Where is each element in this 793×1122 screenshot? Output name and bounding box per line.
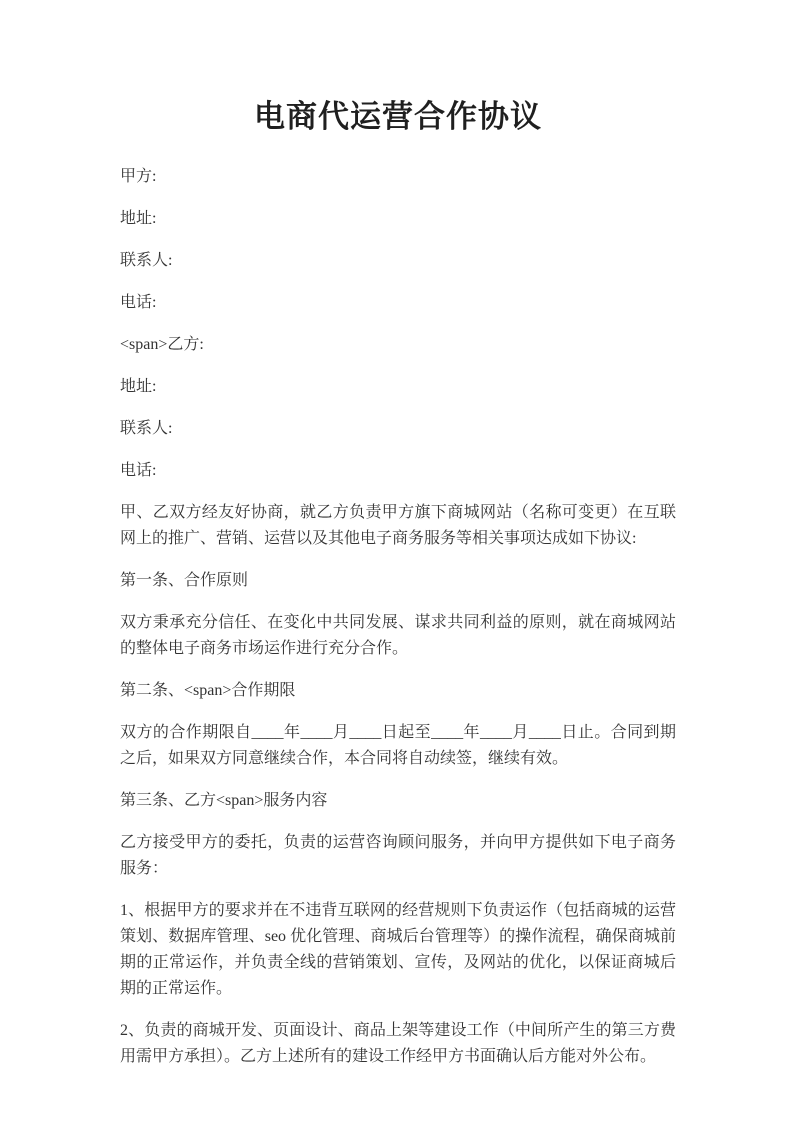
clause-3-item-1-paragraph: 1、根据甲方的要求并在不违背互联网的经营规则下负责运作（包括商城的运营策划、数据… <box>120 898 676 1002</box>
party-b-phone-label: 电话: <box>120 458 676 484</box>
clause-2-paragraph: 双方的合作期限自____年____月____日起至____年____月____日… <box>120 720 676 772</box>
clause-3-heading: 第三条、乙方<span>服务内容 <box>120 788 676 814</box>
clause-1-heading: 第一条、合作原则 <box>120 568 676 594</box>
party-a-name-label: 甲方: <box>120 164 676 190</box>
party-b-contact-label: 联系人: <box>120 416 676 442</box>
document-title: 电商代运营合作协议 <box>120 97 676 136</box>
preamble-paragraph: 甲、乙双方经友好协商，就乙方负责甲方旗下商城网站（名称可变更）在互联网上的推广、… <box>120 500 676 552</box>
clause-1-paragraph: 双方秉承充分信任、在变化中共同发展、谋求共同利益的原则，就在商城网站的整体电子商… <box>120 610 676 662</box>
clause-3-item-2-paragraph: 2、负责的商城开发、页面设计、商品上架等建设工作（中间所产生的第三方费用需甲方承… <box>120 1018 676 1070</box>
party-a-address-label: 地址: <box>120 206 676 232</box>
document-page: 电商代运营合作协议 甲方: 地址: 联系人: 电话: <span>乙方: 地址:… <box>0 0 793 1122</box>
party-b-name-label: <span>乙方: <box>120 332 676 358</box>
party-a-contact-label: 联系人: <box>120 248 676 274</box>
party-a-phone-label: 电话: <box>120 290 676 316</box>
clause-3-intro-paragraph: 乙方接受甲方的委托，负责的运营咨询顾问服务，并向甲方提供如下电子商务服务： <box>120 830 676 882</box>
party-b-address-label: 地址: <box>120 374 676 400</box>
clause-2-heading: 第二条、<span>合作期限 <box>120 678 676 704</box>
